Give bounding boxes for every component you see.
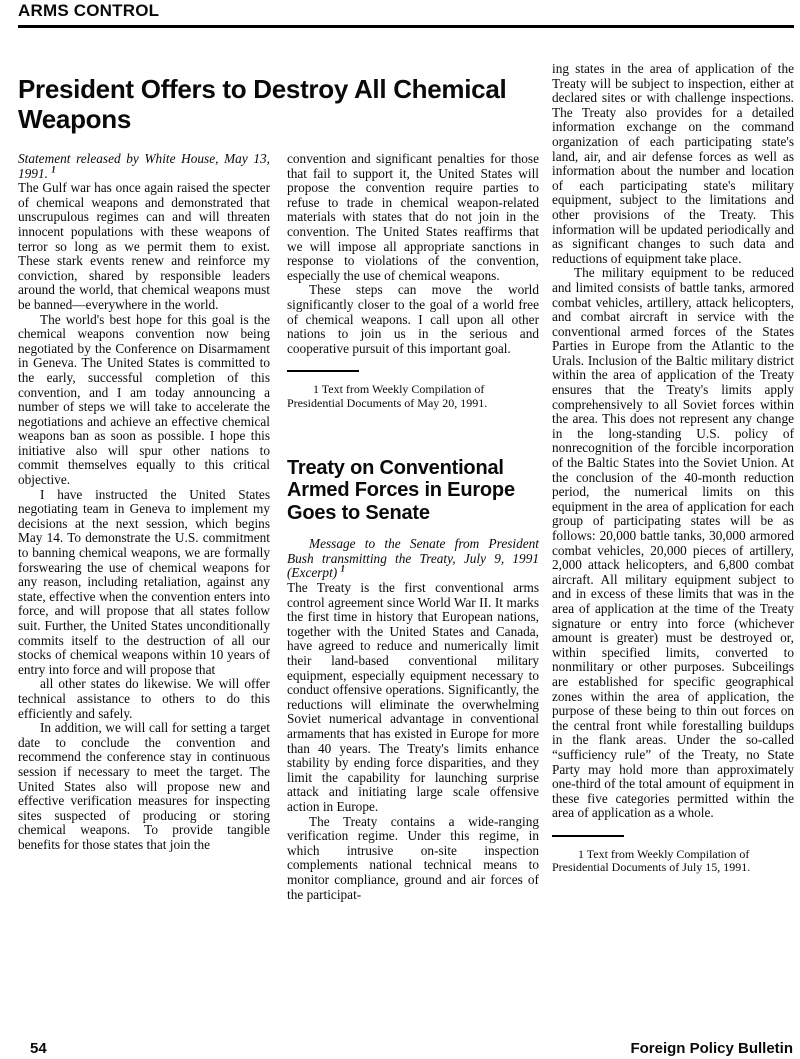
publication-name: Foreign Policy Bulletin xyxy=(630,1040,793,1057)
paragraph: The military equipment to be reduced and… xyxy=(552,266,794,821)
article-2-title: Treaty on Conventional Armed Forces in E… xyxy=(287,457,539,525)
paragraph: all other states do likewise. We will of… xyxy=(18,677,270,721)
column-1: Statement released by White House, May 1… xyxy=(18,152,270,853)
byline-text: Message to the Senate from President Bus… xyxy=(287,536,539,580)
paragraph: The Treaty contains a wide-ranging verif… xyxy=(287,815,539,903)
footnote-rule xyxy=(552,835,624,837)
footnote-marker: 1 xyxy=(51,164,56,174)
column-3: ing states in the area of application of… xyxy=(552,62,794,875)
article-1-byline: Statement released by White House, May 1… xyxy=(18,152,270,181)
article-1-title: President Offers to Destroy All Chemical… xyxy=(18,75,546,135)
footnote: 1 Text from Weekly Compilation of Presid… xyxy=(552,848,794,875)
paragraph: convention and significant penalties for… xyxy=(287,152,539,283)
paragraph: The Treaty is the first conventional arm… xyxy=(287,581,539,815)
footnote: 1 Text from Weekly Compilation of Presid… xyxy=(287,383,539,410)
paragraph: The Gulf war has once again raised the s… xyxy=(18,181,270,312)
article-2-byline: Message to the Senate from President Bus… xyxy=(287,537,539,581)
page-number: 54 xyxy=(30,1040,47,1057)
byline-text: Statement released by White House, May 1… xyxy=(18,151,270,181)
section-label: ARMS CONTROL xyxy=(18,1,159,21)
paragraph: I have instructed the United States nego… xyxy=(18,488,270,678)
paragraph: The world's best hope for this goal is t… xyxy=(18,313,270,488)
paragraph: These steps can move the world significa… xyxy=(287,283,539,356)
paragraph: In addition, we will call for setting a … xyxy=(18,721,270,852)
paragraph: ing states in the area of application of… xyxy=(552,62,794,266)
column-2: convention and significant penalties for… xyxy=(287,152,539,902)
header-rule xyxy=(18,25,794,28)
footnote-marker: 1 xyxy=(341,564,346,574)
footnote-rule xyxy=(287,370,359,372)
